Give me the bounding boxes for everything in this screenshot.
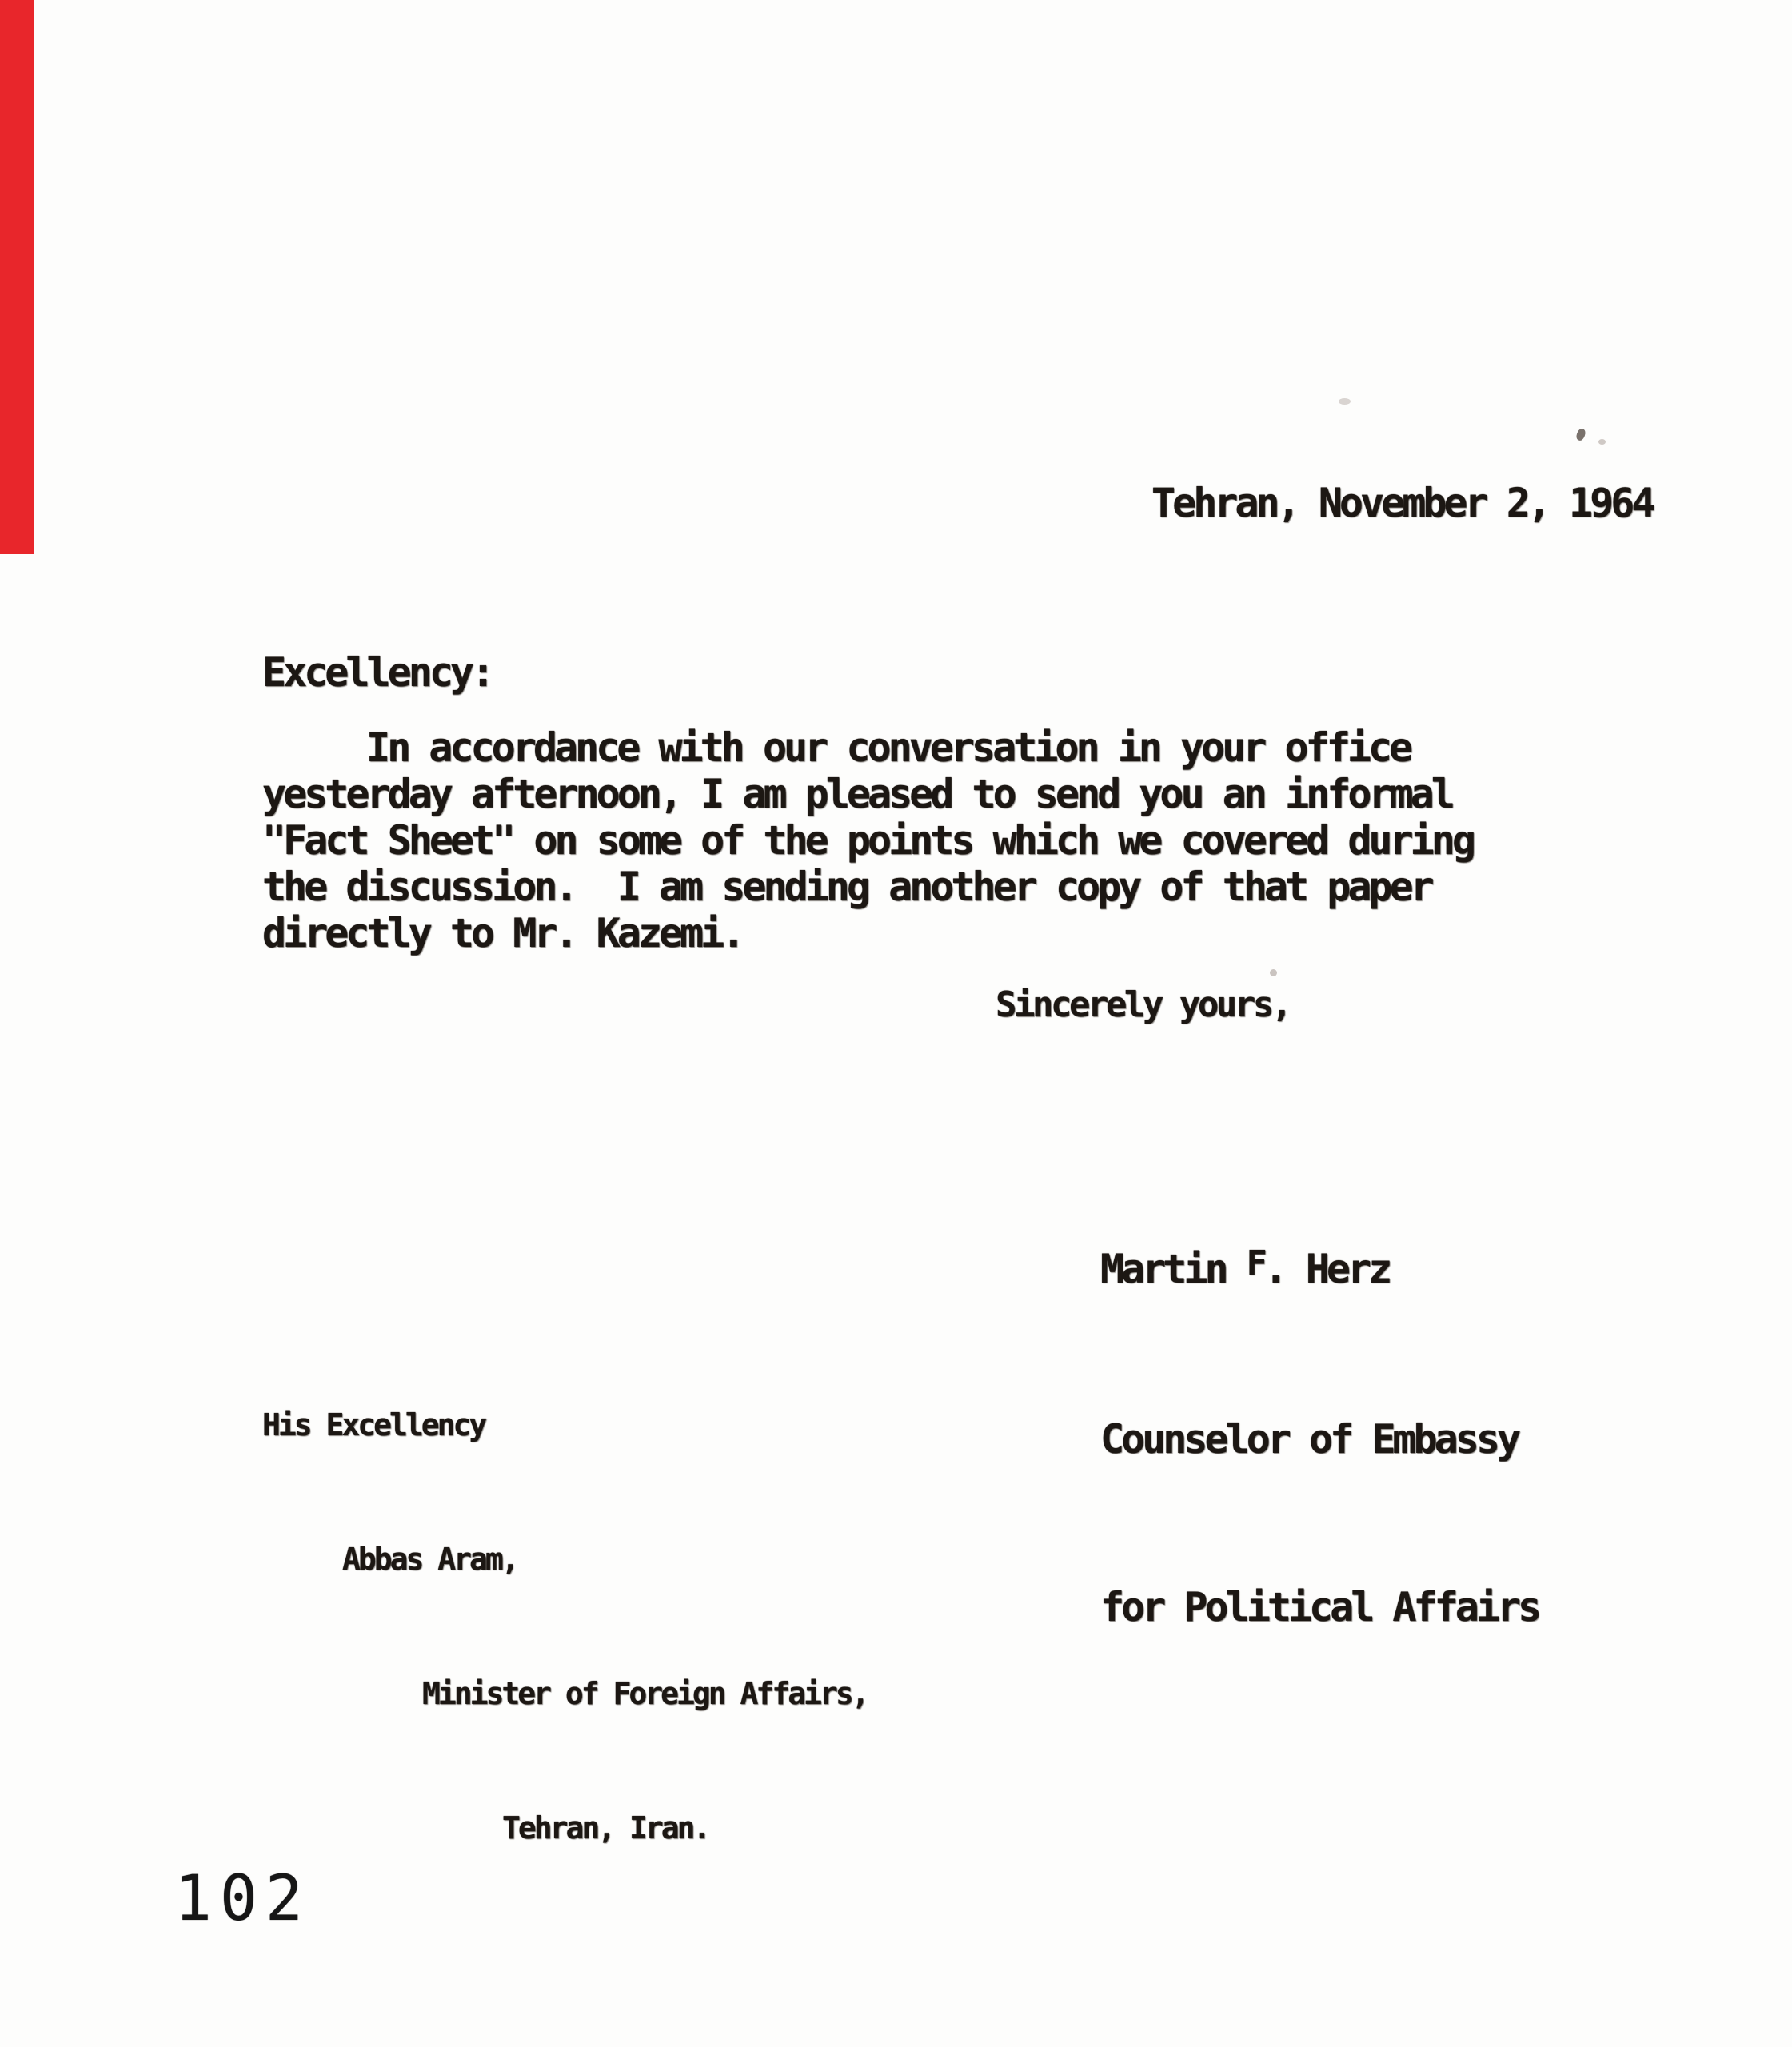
letter-salutation: Excellency: <box>262 649 492 696</box>
signature-title-line-2: for Political Affairs <box>1100 1579 1539 1635</box>
letter-closing: Sincerely yours, <box>996 982 1290 1028</box>
recipient-line: Minister of Foreign Affairs, <box>262 1671 868 1716</box>
signature-block: Martin F. Herz Counselor of Embassy for … <box>1100 1129 1539 1747</box>
page-number: 102 <box>174 1863 311 1935</box>
recipient-address-block: His Excellency Abbas Aram, Minister of F… <box>262 1313 868 1940</box>
scan-speck <box>1270 969 1277 976</box>
recipient-line: His Excellency <box>262 1403 868 1447</box>
body-line: In accordance with our conversation in y… <box>262 724 1542 771</box>
scan-speck <box>1575 428 1587 442</box>
signature-name-pre: Martin <box>1100 1246 1247 1292</box>
signature-title-line-1: Counselor of Embassy <box>1100 1411 1539 1467</box>
body-line: yesterday afternoon, I am pleased to sen… <box>262 771 1542 817</box>
scan-speck <box>1339 398 1351 405</box>
recipient-line: Tehran, Iran. <box>262 1806 868 1850</box>
recipient-line: Abbas Aram, <box>262 1537 868 1582</box>
body-line: the discussion. I am sending another cop… <box>262 864 1542 910</box>
body-line: "Fact Sheet" on some of the points which… <box>262 817 1542 864</box>
letter-body: In accordance with our conversation in y… <box>262 724 1542 956</box>
signature-name-initial: F <box>1247 1243 1264 1283</box>
letter-dateline: Tehran, November 2, 1964 <box>1151 480 1652 526</box>
signature-name-post: . Herz <box>1264 1246 1390 1292</box>
scanned-letter-page: Tehran, November 2, 1964 Excellency: In … <box>0 0 1792 2047</box>
signature-name: Martin F. Herz <box>1100 1241 1539 1299</box>
body-line: directly to Mr. Kazemi. <box>262 910 1542 956</box>
scan-speck <box>1598 439 1606 445</box>
red-scan-edge-stripe <box>0 0 34 554</box>
